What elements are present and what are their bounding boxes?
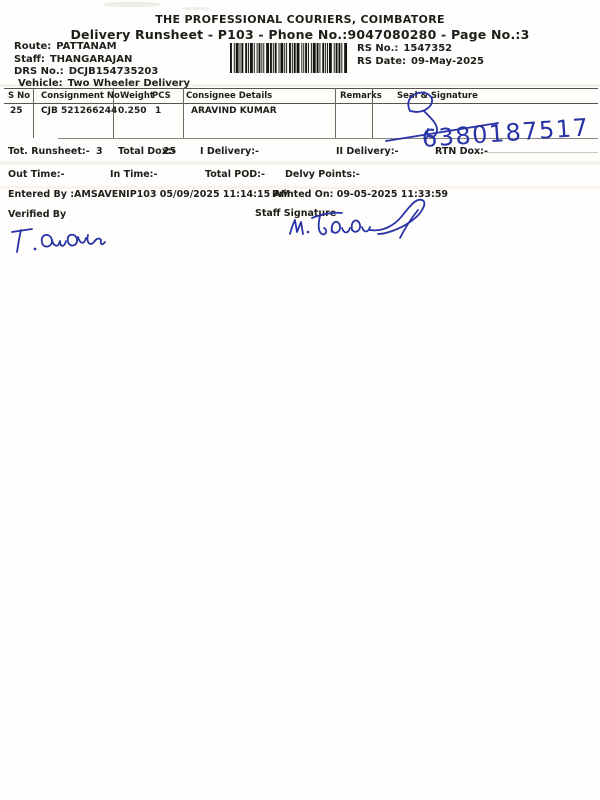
table-column-divider bbox=[335, 88, 336, 138]
col-header-weight: Weight bbox=[120, 91, 154, 101]
drs-value: DCJB154735203 bbox=[69, 66, 159, 77]
i-delivery-label: I Delivery:- bbox=[200, 146, 259, 157]
delvy-points-label: Delvy Points:- bbox=[285, 169, 360, 180]
rs-date-value: 09-May-2025 bbox=[411, 56, 484, 67]
col-header-sno: S No bbox=[8, 91, 30, 101]
barcode bbox=[230, 43, 348, 73]
table-header-border bbox=[4, 103, 598, 104]
out-time-label: Out Time:- bbox=[8, 169, 65, 180]
col-header-consignment: Consignment No bbox=[41, 91, 120, 101]
scan-band bbox=[0, 161, 600, 165]
col-header-consignee: Consignee Details bbox=[186, 91, 272, 101]
staff-label: Staff: bbox=[14, 54, 45, 65]
in-time-label: In Time:- bbox=[110, 169, 157, 180]
rs-no-value: 1547352 bbox=[403, 43, 452, 54]
route-label: Route: bbox=[14, 41, 51, 52]
verified-by-label: Verified By bbox=[8, 209, 66, 220]
total-dox-value: 25 bbox=[163, 146, 176, 157]
ii-delivery-label: II Delivery:- bbox=[336, 146, 398, 157]
staff-line: Staff:THANGARAJAN bbox=[14, 54, 132, 65]
rs-date-label: RS Date: bbox=[357, 56, 406, 67]
rs-no-line: RS No.:1547352 bbox=[357, 43, 452, 54]
drs-label: DRS No.: bbox=[14, 66, 64, 77]
cell-consignment: CJB 521266244 bbox=[41, 106, 117, 116]
route-line: Route:PATTANAM bbox=[14, 41, 117, 52]
table-top-border bbox=[4, 88, 598, 89]
tot-runsheet-value: 3 bbox=[96, 146, 103, 157]
cell-consignee: ARAVIND KUMAR bbox=[191, 106, 277, 116]
company-title: THE PROFESSIONAL COURIERS, COIMBATORE bbox=[0, 13, 600, 26]
runsheet-title: Delivery Runsheet - P103 - Phone No.:904… bbox=[0, 27, 600, 42]
table-column-divider bbox=[183, 88, 184, 138]
entered-by-line: Entered By :AMSAVENIP103 05/09/2025 11:1… bbox=[8, 189, 290, 200]
tot-runsheet-label: Tot. Runsheet:- bbox=[8, 146, 90, 157]
staff-value: THANGARAJAN bbox=[50, 54, 133, 65]
table-column-divider bbox=[33, 88, 34, 138]
runsheet-document: THE PROFESSIONAL COURIERS, COIMBATORE De… bbox=[0, 0, 600, 800]
col-header-remarks: Remarks bbox=[340, 91, 382, 101]
route-value: PATTANAM bbox=[56, 41, 116, 52]
scan-smudge bbox=[182, 7, 210, 10]
verified-by-signature-handwritten bbox=[6, 222, 121, 260]
col-header-pcs: PCS bbox=[152, 91, 171, 101]
cell-weight: 0.250 bbox=[118, 106, 146, 116]
total-pod-label: Total POD:- bbox=[205, 169, 265, 180]
rs-date-line: RS Date:09-May-2025 bbox=[357, 56, 484, 67]
rtn-dox-label: RTN Dox:- bbox=[435, 146, 488, 157]
drs-line: DRS No.:DCJB154735203 bbox=[14, 66, 158, 77]
cell-pcs: 1 bbox=[155, 106, 161, 116]
staff-signature-handwritten bbox=[282, 192, 442, 254]
cell-sno: 25 bbox=[10, 106, 23, 116]
scan-smudge bbox=[104, 2, 160, 7]
rs-no-label: RS No.: bbox=[357, 43, 398, 54]
